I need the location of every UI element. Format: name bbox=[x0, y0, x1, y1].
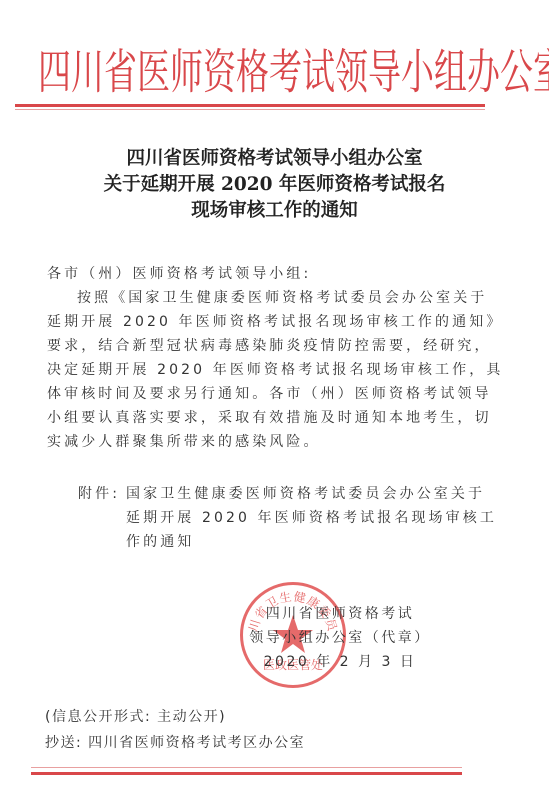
document-footer: (信息公开形式: 主动公开) 抄送: 四川省医师资格考试考区办公室 bbox=[45, 704, 485, 756]
masthead-char: 师 bbox=[170, 34, 203, 102]
title-line: 关于延期开展 2020 年医师资格考试报名 bbox=[0, 172, 549, 198]
body-line: 体审核时间及要求另行通知。各市（州）医师资格考试领导 bbox=[47, 382, 487, 406]
body-line: 实减少人群聚集所带来的感染风险。 bbox=[47, 430, 487, 454]
signing-org: 四川省医师资格考试 bbox=[230, 602, 450, 626]
attachment-section: 附件: 国家卫生健康委医师资格考试委员会办公室关于 延期开展 2020 年医师资… bbox=[78, 482, 498, 554]
document-title: 四川省医师资格考试领导小组办公室 关于延期开展 2020 年医师资格考试报名 现… bbox=[0, 146, 549, 224]
cc-line: 抄送: 四川省医师资格考试考区办公室 bbox=[45, 730, 485, 756]
masthead-char: 导 bbox=[368, 34, 401, 102]
masthead-char: 省 bbox=[104, 34, 137, 102]
masthead-char: 公 bbox=[500, 34, 533, 102]
masthead-char: 医 bbox=[137, 34, 170, 102]
document-masthead: 四 川 省 医 师 资 格 考 试 领 导 小 组 办 公 室 bbox=[38, 25, 468, 112]
masthead-char: 四 bbox=[38, 34, 71, 102]
masthead-char: 小 bbox=[401, 34, 434, 102]
attachment-line: 作的通知 bbox=[78, 530, 498, 554]
attachment-label: 附件: bbox=[78, 482, 126, 506]
title-line: 四川省医师资格考试领导小组办公室 bbox=[0, 146, 549, 172]
masthead-char: 组 bbox=[434, 34, 467, 102]
signature-block: 四川省医师资格考试 领导小组办公室（代章） 2020 年 2 月 3 日 bbox=[230, 602, 450, 674]
masthead-char: 办 bbox=[467, 34, 500, 102]
attachment-line: 延期开展 2020 年医师资格考试报名现场审核工 bbox=[78, 506, 498, 530]
document-body: 各市（州）医师资格考试领导小组: 按照《国家卫生健康委医师资格考试委员会办公室关… bbox=[47, 262, 487, 454]
body-line: 要求，结合新型冠状病毒感染肺炎疫情防控需要，经研究， bbox=[47, 334, 487, 358]
masthead-char: 格 bbox=[236, 34, 269, 102]
attachment-line: 国家卫生健康委医师资格考试委员会办公室关于 bbox=[126, 482, 485, 506]
masthead-char: 资 bbox=[203, 34, 236, 102]
title-line: 现场审核工作的通知 bbox=[0, 198, 549, 224]
salutation: 各市（州）医师资格考试领导小组: bbox=[47, 262, 487, 286]
masthead-char: 室 bbox=[533, 34, 549, 102]
masthead-char: 川 bbox=[71, 34, 104, 102]
masthead-char: 考 bbox=[269, 34, 302, 102]
masthead-char: 领 bbox=[335, 34, 368, 102]
signing-date: 2020 年 2 月 3 日 bbox=[230, 650, 450, 674]
disclosure-note: (信息公开形式: 主动公开) bbox=[45, 704, 485, 730]
body-line: 决定延期开展 2020 年医师资格考试报名现场审核工作，具 bbox=[47, 358, 487, 382]
footer-red-rule bbox=[31, 772, 462, 775]
signing-org: 领导小组办公室（代章） bbox=[230, 626, 450, 650]
footer-thin-rule bbox=[31, 767, 462, 768]
masthead-char: 试 bbox=[302, 34, 335, 102]
body-line: 延期开展 2020 年医师资格考试报名现场审核工作的通知》 bbox=[47, 310, 487, 334]
masthead-red-rule bbox=[15, 104, 485, 107]
body-line: 按照《国家卫生健康委医师资格考试委员会办公室关于 bbox=[47, 286, 487, 310]
masthead-thin-rule bbox=[15, 109, 485, 110]
body-line: 小组要认真落实要求，采取有效措施及时通知本地考生，切 bbox=[47, 406, 487, 430]
